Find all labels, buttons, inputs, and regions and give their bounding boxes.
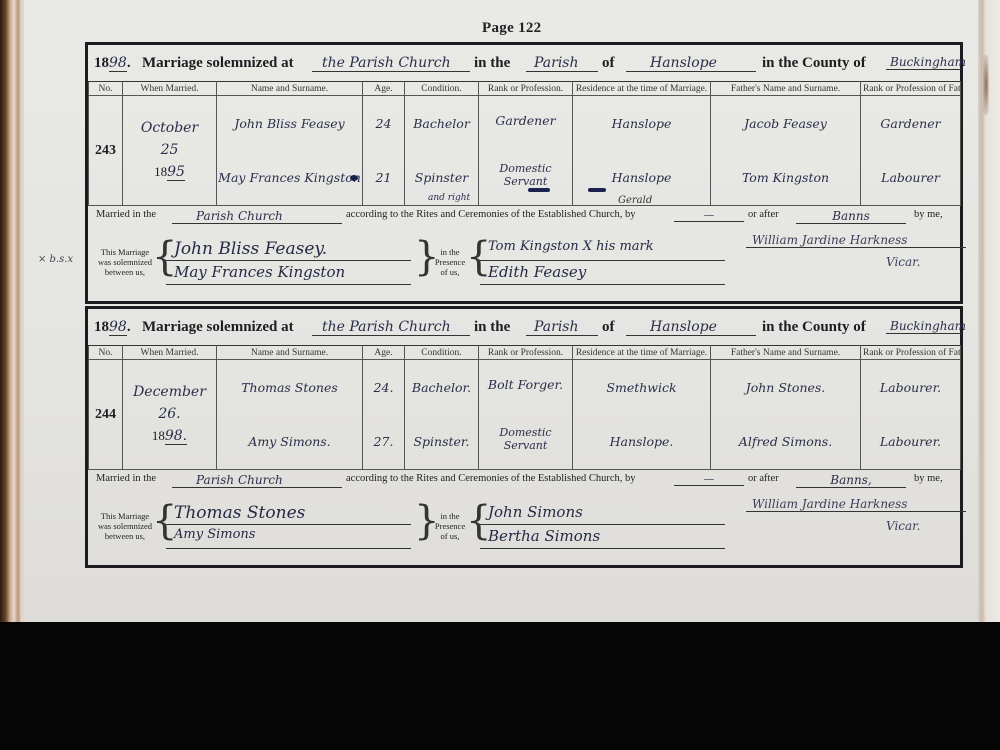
background-black [0,622,1000,750]
of-label: of [602,55,615,72]
witness-note: Gerald [618,195,652,206]
col-when-married: When Married. [123,82,217,96]
col-no: No. [89,346,123,360]
between-us-label: This Marriagewas solemnizedbetween us, [96,511,154,541]
col-no: No. [89,82,123,96]
in-the-label: in the [474,55,510,72]
witness-2-signature: Edith Feasey [480,263,725,285]
ink-strike [528,188,550,192]
solemnized-label: Marriage solemnized at [142,319,294,336]
entry-number: 243 [89,96,123,206]
bride-name: May Frances Kingston [217,170,362,185]
page-number: Page 122 [482,20,541,37]
col-residence: Residence at the time of Marriage. [573,82,711,96]
marriage-date: October 25 1895 [123,96,217,206]
margin-note: × b.s.x [38,254,73,265]
county-label: in the County of [762,55,866,72]
page-right-edge [978,0,1000,625]
married-in-field: Parish Church [172,209,342,224]
witness-1-signature: Tom Kingston X his mark [480,239,725,261]
presence-label: in thePresenceof us, [430,247,470,277]
correction-note: and right [428,193,470,203]
in-the-label: in the [474,319,510,336]
col-age: Age. [363,346,405,360]
place-field: the Parish Church [312,319,470,336]
county-label: in the County of [762,319,866,336]
col-father-profession: Rank or Profession of Father. [861,346,961,360]
district-field: Hanslope [626,55,756,72]
col-residence: Residence at the time of Marriage. [573,346,711,360]
register-table: No. When Married. Name and Surname. Age.… [88,81,961,206]
officiant-signature: William Jardine Harkness [746,497,966,512]
or-after-field: Banns [796,209,906,224]
ink-strike [588,188,606,192]
col-condition: Condition. [405,82,479,96]
officiant-signature: William Jardine Harkness [746,233,966,248]
of-label: of [602,319,615,336]
father-profession-cell: Gardener Labourer [861,96,961,206]
father-profession-cell: Labourer. Labourer. [861,360,961,470]
by-field: — [674,473,744,486]
signature-block: This Marriagewas solemnizedbetween us, {… [96,233,952,299]
place-field: the Parish Church [312,55,470,72]
between-us-label: This Marriagewas solemnizedbetween us, [96,247,154,277]
year-label: 1898. [94,55,131,72]
or-after-field: Banns, [796,473,906,488]
residence-cell: Smethwick Hanslope. [573,360,711,470]
by-field: — [674,209,744,222]
ages-cell: 24. 27. [363,360,405,470]
names-cell: John Bliss Feasey May Frances Kingston [217,96,363,206]
bride-name: Amy Simons. [217,434,362,449]
col-age: Age. [363,82,405,96]
col-father-name: Father's Name and Surname. [711,82,861,96]
witness-1-signature: John Simons [480,503,725,525]
profession-cell: Gardener Domestic Servant [479,96,573,206]
col-father-profession: Rank or Profession of Father. [861,82,961,96]
col-profession: Rank or Profession. [479,346,573,360]
marriage-date: December 26. 1898. [123,360,217,470]
table-row: 243 October 25 1895 John Bliss Feasey Ma… [89,96,961,206]
col-profession: Rank or Profession. [479,82,573,96]
father-name-cell: Jacob Feasey Tom Kingston [711,96,861,206]
district-type-field: Parish [526,55,598,72]
groom-name: John Bliss Feasey [217,116,362,131]
solemnized-label: Marriage solemnized at [142,55,294,72]
signature-block: This Marriagewas solemnizedbetween us, {… [96,497,952,563]
col-name: Name and Surname. [217,346,363,360]
table-row: 244 December 26. 1898. Thomas Stones Amy… [89,360,961,470]
county-field: Buckingham [886,319,962,334]
page-stain [983,55,989,115]
marriage-entry-244: 1898. Marriage solemnized at the Parish … [85,306,963,568]
ink-blot [350,175,358,181]
district-field: Hanslope [626,319,756,336]
officiant-title: Vicar. [886,519,920,533]
entry-title-line: 1898. Marriage solemnized at the Parish … [94,315,954,343]
entry-title-line: 1898. Marriage solemnized at the Parish … [94,51,954,79]
col-father-name: Father's Name and Surname. [711,346,861,360]
presence-label: in thePresenceof us, [430,511,470,541]
condition-cell: Bachelor. Spinster. [405,360,479,470]
district-type-field: Parish [526,319,598,336]
county-field: Buckingham [886,55,962,70]
col-condition: Condition. [405,346,479,360]
names-cell: Thomas Stones Amy Simons. [217,360,363,470]
condition-cell: Bachelor Spinster [405,96,479,206]
ages-cell: 24 21 [363,96,405,206]
year-label: 1898. [94,319,131,336]
profession-cell: Bolt Forger. Domestic Servant [479,360,573,470]
groom-signature: Thomas Stones [166,503,411,525]
marriage-entry-243: 1898. Marriage solemnized at the Parish … [85,42,963,304]
married-in-field: Parish Church [172,473,342,488]
groom-signature: John Bliss Feasey. [166,239,411,261]
groom-name: Thomas Stones [217,380,362,395]
book-spine-edge [0,0,26,625]
witness-2-signature: Bertha Simons [480,527,725,549]
col-name: Name and Surname. [217,82,363,96]
bride-signature: Amy Simons [166,527,411,549]
bride-signature: May Frances Kingston [166,263,411,285]
entry-number: 244 [89,360,123,470]
col-when-married: When Married. [123,346,217,360]
register-table: No. When Married. Name and Surname. Age.… [88,345,961,470]
officiant-title: Vicar. [886,255,920,269]
father-name-cell: John Stones. Alfred Simons. [711,360,861,470]
